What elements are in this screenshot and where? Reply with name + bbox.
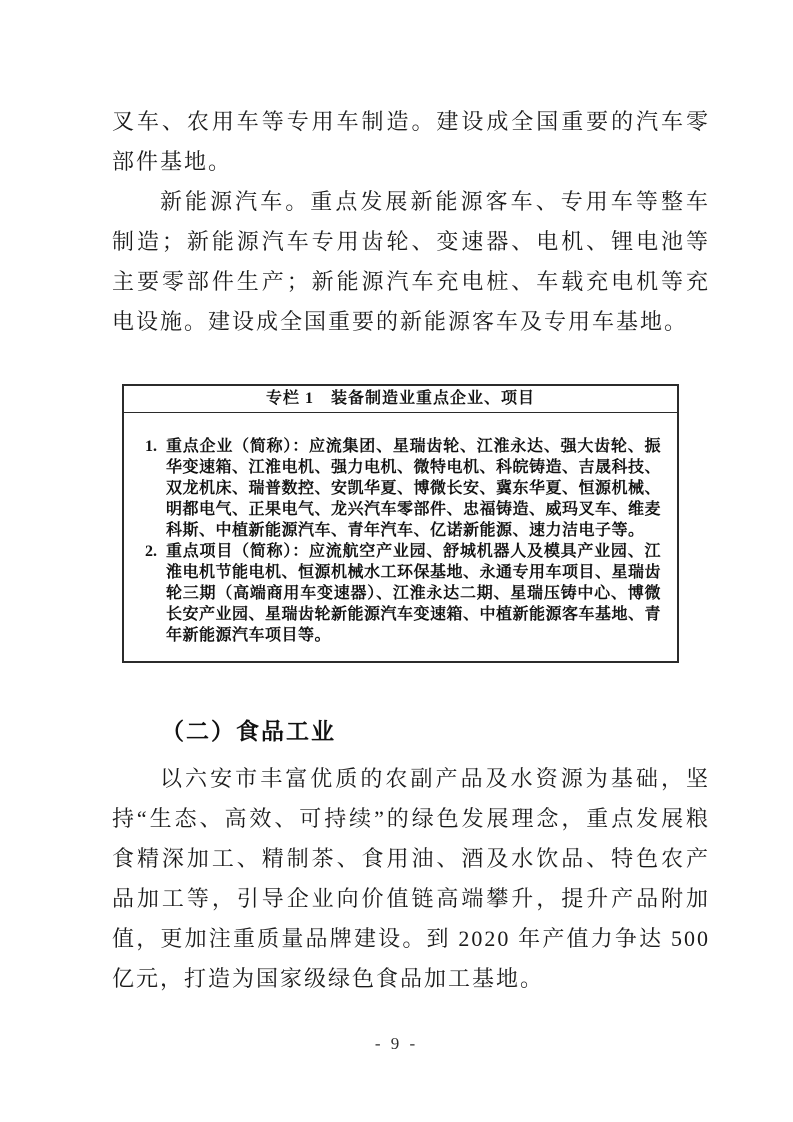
list-item-number: 2. — [136, 541, 166, 562]
column-box-body: 1. 重点企业（简称）：应流集团、星瑞齿轮、江淮永达、强大齿轮、振华变速箱、江淮… — [124, 413, 677, 661]
list-item-text: 重点企业（简称）：应流集团、星瑞齿轮、江淮永达、强大齿轮、振华变速箱、江淮电机、… — [166, 436, 661, 541]
paragraph-food-industry: 以六安市丰富优质的农副产品及水资源为基础，坚持“生态、高效、可持续”的绿色发展理… — [112, 759, 710, 999]
column-box-title: 专栏 1 装备制造业重点企业、项目 — [124, 386, 677, 413]
list-item-number: 1. — [136, 436, 166, 457]
page-content: 叉车、农用车等专用车制造。建设成全国重要的汽车零部件基地。 新能源汽车。重点发展… — [112, 102, 710, 999]
list-item-key-projects: 2. 重点项目（简称）：应流航空产业园、舒城机器人及模具产业园、江淮电机节能电机… — [136, 541, 661, 646]
paragraph-new-energy-vehicles: 新能源汽车。重点发展新能源客车、专用车等整车制造；新能源汽车专用齿轮、变速器、电… — [112, 182, 710, 342]
section-heading-food-industry: （二）食品工业 — [112, 717, 710, 747]
document-page: 叉车、农用车等专用车制造。建设成全国重要的汽车零部件基地。 新能源汽车。重点发展… — [0, 0, 793, 1122]
page-number: - 9 - — [0, 1034, 793, 1054]
list-item-key-enterprises: 1. 重点企业（简称）：应流集团、星瑞齿轮、江淮永达、强大齿轮、振华变速箱、江淮… — [136, 436, 661, 541]
paragraph-vehicle-manufacturing: 叉车、农用车等专用车制造。建设成全国重要的汽车零部件基地。 — [112, 102, 710, 182]
list-item-text: 重点项目（简称）：应流航空产业园、舒城机器人及模具产业园、江淮电机节能电机、恒源… — [166, 541, 661, 646]
column-box-1: 专栏 1 装备制造业重点企业、项目 1. 重点企业（简称）：应流集团、星瑞齿轮、… — [122, 384, 679, 663]
